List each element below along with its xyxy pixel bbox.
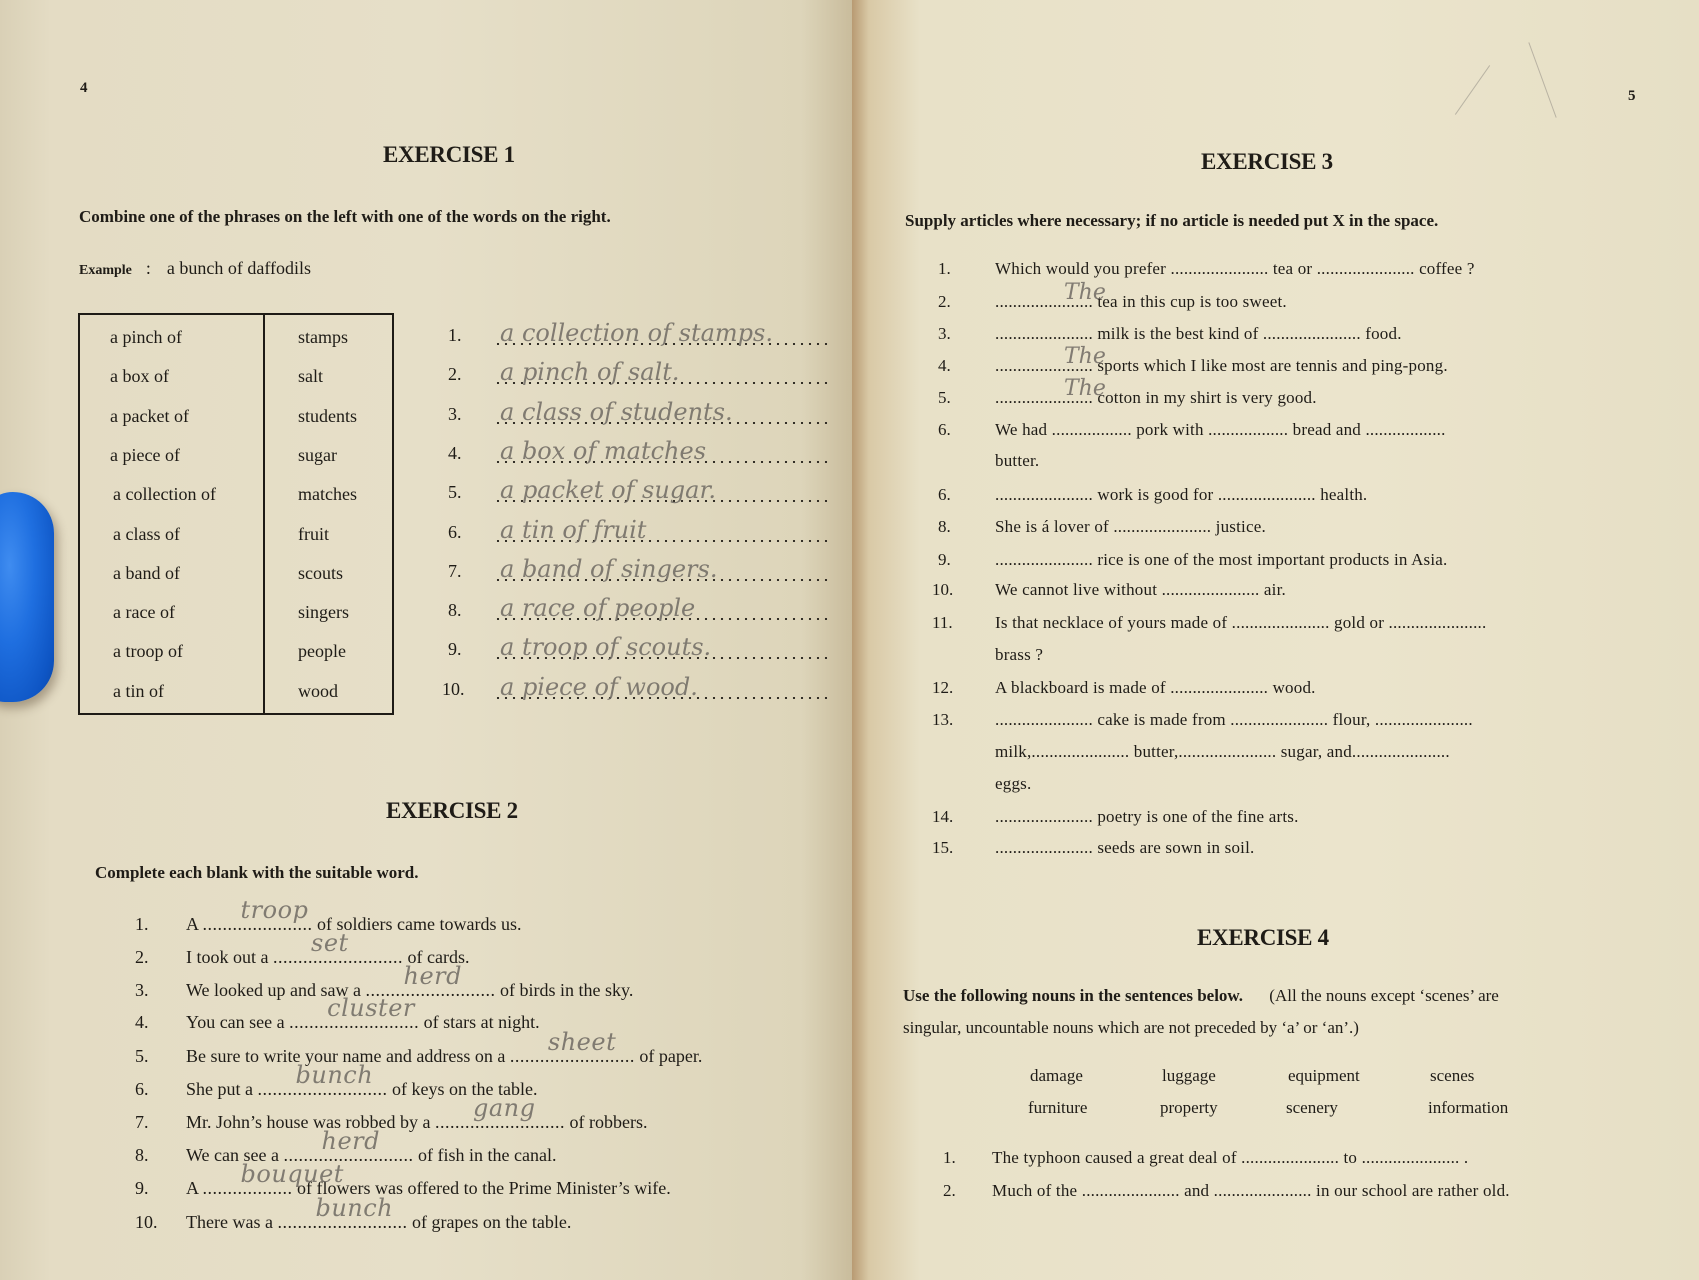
item-number: 1. — [135, 914, 149, 935]
sentence-before: A — [186, 914, 203, 934]
item-number: 8. — [135, 1145, 149, 1166]
exercise-4-instruction-line2: singular, uncountable nouns which are no… — [903, 1018, 1359, 1038]
table-divider — [263, 313, 265, 715]
exercise-4-instruction: Use the following nouns in the sentences… — [903, 986, 1499, 1006]
item-number: 2. — [943, 1181, 956, 1201]
handwritten-answer: a box of matches — [500, 437, 706, 465]
table-word: sugar — [298, 445, 337, 466]
item-number: 6. — [938, 420, 951, 440]
sentence: Mr. John’s house was robbed by a .......… — [186, 1112, 647, 1133]
handwritten-answer: herd — [322, 1127, 381, 1155]
table-word: singers — [298, 602, 349, 623]
table-phrase: a race of — [113, 602, 175, 623]
handwritten-answer: a troop of scouts. — [500, 633, 711, 661]
fill-blank[interactable]: ..................bouquet — [203, 1178, 293, 1198]
noun-option: equipment — [1288, 1066, 1360, 1086]
item-number: 8. — [938, 517, 951, 537]
answer-number: 2. — [448, 364, 462, 385]
sentence-after: of stars at night. — [419, 1012, 539, 1032]
noun-option: scenery — [1286, 1098, 1338, 1118]
item-number: 13. — [932, 710, 953, 730]
noun-option: damage — [1030, 1066, 1083, 1086]
left-page: 4 EXERCISE 1 Combine one of the phrases … — [0, 0, 852, 1280]
exercise-1-title: EXERCISE 1 — [383, 142, 515, 168]
sentence-before: You can see a — [186, 1012, 289, 1032]
item-number: 5. — [135, 1046, 149, 1067]
sentence-before: She put a — [186, 1079, 258, 1099]
sentence-before: I took out a — [186, 947, 273, 967]
handwritten-answer: troop — [241, 896, 309, 924]
pencil-scribble — [1455, 65, 1490, 115]
answer-number: 9. — [448, 639, 462, 660]
handwritten-answer: a class of students. — [500, 398, 733, 426]
item-number: 15. — [932, 838, 953, 858]
item-number: 4. — [938, 356, 951, 376]
handwritten-answer: gang — [473, 1094, 536, 1122]
handwritten-answer: a race of people — [500, 594, 695, 622]
sentence-before: A — [186, 1178, 203, 1198]
sentence-line[interactable]: ...................... work is good for … — [995, 485, 1367, 505]
exercise-3-instruction: Supply articles where necessary; if no a… — [905, 211, 1438, 231]
table-word: people — [298, 641, 346, 662]
sentence-line[interactable]: ...................... tea in this cup i… — [995, 292, 1287, 312]
handwritten-answer: a tin of fruit — [500, 516, 646, 544]
sentence-line[interactable]: ...................... seeds are sown in… — [995, 838, 1254, 858]
handwritten-answer: a packet of sugar. — [500, 476, 716, 504]
handwritten-answer: set — [311, 929, 349, 957]
sentence: A ..................bouquet of flowers w… — [186, 1178, 671, 1199]
exercise-4-instruction-bold: Use the following nouns in the sentences… — [903, 986, 1243, 1005]
answer-number: 4. — [448, 443, 462, 464]
answer-number: 5. — [448, 482, 462, 503]
sentence-line[interactable]: A blackboard is made of ................… — [995, 678, 1316, 698]
item-number: 11. — [932, 613, 953, 633]
item-number: 12. — [932, 678, 953, 698]
table-word: fruit — [298, 524, 329, 545]
sentence-line: eggs. — [995, 774, 1031, 794]
handwritten-answer: The — [1064, 376, 1106, 401]
item-number: 6. — [938, 485, 951, 505]
table-phrase: a pinch of — [110, 327, 182, 348]
handwritten-answer: sheet — [548, 1028, 616, 1056]
table-phrase: a tin of — [113, 681, 164, 702]
handwritten-answer: cluster — [327, 994, 415, 1022]
fill-blank[interactable]: ..........................cluster — [289, 1012, 419, 1032]
item-number: 10. — [135, 1212, 158, 1233]
table-word: wood — [298, 681, 338, 702]
sentence: Be sure to write your name and address o… — [186, 1046, 702, 1067]
handwritten-answer: herd — [404, 962, 463, 990]
fill-blank[interactable]: .........................sheet — [510, 1046, 635, 1066]
exercise-4-title: EXERCISE 4 — [1197, 925, 1329, 951]
table-word: scouts — [298, 563, 343, 584]
handwritten-answer: bouquet — [241, 1160, 344, 1188]
exercise-4-instruction-rest: (All the nouns except ‘scenes’ are — [1269, 986, 1499, 1005]
noun-option: property — [1160, 1098, 1218, 1118]
example-label: Example — [79, 263, 132, 278]
table-phrase: a troop of — [113, 641, 183, 662]
table-phrase: a class of — [113, 524, 180, 545]
sentence: There was a ..........................bu… — [186, 1212, 571, 1233]
fill-blank[interactable]: ..........................bunch — [258, 1079, 388, 1099]
exercise-1-example: Example : a bunch of daffodils — [79, 258, 311, 279]
handwritten-answer: a band of singers. — [500, 555, 717, 583]
item-number: 5. — [938, 388, 951, 408]
sentence-line[interactable]: Much of the ...................... and .… — [992, 1181, 1510, 1201]
example-separator: : — [146, 258, 151, 278]
sentence-line[interactable]: She is á lover of ......................… — [995, 517, 1266, 537]
fill-blank[interactable]: ..........................gang — [435, 1112, 565, 1132]
exercise-3-title: EXERCISE 3 — [1201, 149, 1333, 175]
answer-number: 1. — [448, 325, 462, 346]
sentence-line[interactable]: We cannot live without .................… — [995, 580, 1286, 600]
fill-blank[interactable]: ..........................set — [273, 947, 403, 967]
fill-blank[interactable]: ......................troop — [203, 914, 313, 934]
noun-option: information — [1428, 1098, 1508, 1118]
sentence-after: of grapes on the table. — [407, 1212, 571, 1232]
sentence-before: There was a — [186, 1212, 277, 1232]
answer-number: 10. — [442, 679, 465, 700]
sentence: You can see a ..........................… — [186, 1012, 540, 1033]
blue-eraser-object — [0, 492, 54, 702]
table-word: students — [298, 406, 357, 427]
sentence-line[interactable]: Which would you prefer .................… — [995, 259, 1475, 279]
sentence-line: brass ? — [995, 645, 1043, 665]
item-number: 3. — [938, 324, 951, 344]
page-number-right: 5 — [1628, 88, 1636, 105]
sentence-line[interactable]: ...................... poetry is one of … — [995, 807, 1299, 827]
item-number: 4. — [135, 1012, 149, 1033]
page-number-left: 4 — [80, 80, 88, 97]
right-page: 5 EXERCISE 3 Supply articles where neces… — [852, 0, 1699, 1280]
item-number: 14. — [932, 807, 953, 827]
sentence-line[interactable]: ...................... sports which I li… — [995, 356, 1448, 376]
handwritten-answer: bunch — [315, 1194, 393, 1222]
noun-option: scenes — [1430, 1066, 1474, 1086]
item-number: 6. — [135, 1079, 149, 1100]
pencil-scribble — [1528, 42, 1556, 118]
answer-number: 7. — [448, 561, 462, 582]
item-number: 9. — [938, 550, 951, 570]
table-phrase: a collection of — [113, 484, 216, 505]
handwritten-answer: a piece of wood. — [500, 673, 698, 701]
answer-number: 8. — [448, 600, 462, 621]
sentence-line: butter. — [995, 451, 1039, 471]
table-phrase: a packet of — [110, 406, 189, 427]
sentence-line[interactable]: ...................... cake is made from… — [995, 710, 1473, 730]
exercise-2-title: EXERCISE 2 — [386, 798, 518, 824]
sentence-line[interactable]: The typhoon caused a great deal of .....… — [992, 1148, 1468, 1168]
table-phrase: a box of — [110, 366, 169, 387]
table-phrase: a band of — [113, 563, 180, 584]
noun-option: luggage — [1162, 1066, 1216, 1086]
handwritten-answer: The — [1064, 344, 1106, 369]
sentence-line[interactable]: milk,...................... butter,.....… — [995, 742, 1450, 762]
table-word: matches — [298, 484, 357, 505]
answer-number: 6. — [448, 522, 462, 543]
sentence-line[interactable]: ...................... milk is the best … — [995, 324, 1402, 344]
fill-blank[interactable]: ..........................bunch — [277, 1212, 407, 1232]
sentence-line[interactable]: We had .................. pork with ....… — [995, 420, 1446, 440]
sentence-line[interactable]: ...................... rice is one of th… — [995, 550, 1448, 570]
handwritten-answer: a collection of stamps. — [500, 319, 773, 347]
noun-option: furniture — [1028, 1098, 1087, 1118]
table-word: stamps — [298, 327, 348, 348]
handwritten-answer: The — [1064, 280, 1106, 305]
example-text: a bunch of daffodils — [167, 258, 311, 278]
handwritten-answer: a pinch of salt. — [500, 358, 680, 386]
sentence-line[interactable]: Is that necklace of yours made of ......… — [995, 613, 1486, 633]
sentence-after: of birds in the sky. — [496, 980, 634, 1000]
exercise-2-instruction: Complete each blank with the suitable wo… — [95, 863, 418, 883]
item-number: 1. — [938, 259, 951, 279]
sentence: A ......................troop of soldier… — [186, 914, 521, 935]
table-word: salt — [298, 366, 323, 387]
handwritten-answer: bunch — [296, 1061, 374, 1089]
sentence-after: of fish in the canal. — [414, 1145, 557, 1165]
exercise-1-instruction: Combine one of the phrases on the left w… — [79, 207, 611, 227]
item-number: 9. — [135, 1178, 149, 1199]
sentence-line[interactable]: ...................... cotton in my shir… — [995, 388, 1317, 408]
sentence-after: of paper. — [635, 1046, 702, 1066]
sentence-after: of robbers. — [565, 1112, 647, 1132]
item-number: 2. — [135, 947, 149, 968]
sentence-before: Mr. John’s house was robbed by a — [186, 1112, 435, 1132]
table-phrase: a piece of — [110, 445, 180, 466]
item-number: 1. — [943, 1148, 956, 1168]
answer-number: 3. — [448, 404, 462, 425]
item-number: 2. — [938, 292, 951, 312]
item-number: 10. — [932, 580, 953, 600]
item-number: 3. — [135, 980, 149, 1001]
item-number: 7. — [135, 1112, 149, 1133]
phrase-word-table: a pinch ofa box ofa packet ofa piece ofa… — [78, 313, 394, 715]
